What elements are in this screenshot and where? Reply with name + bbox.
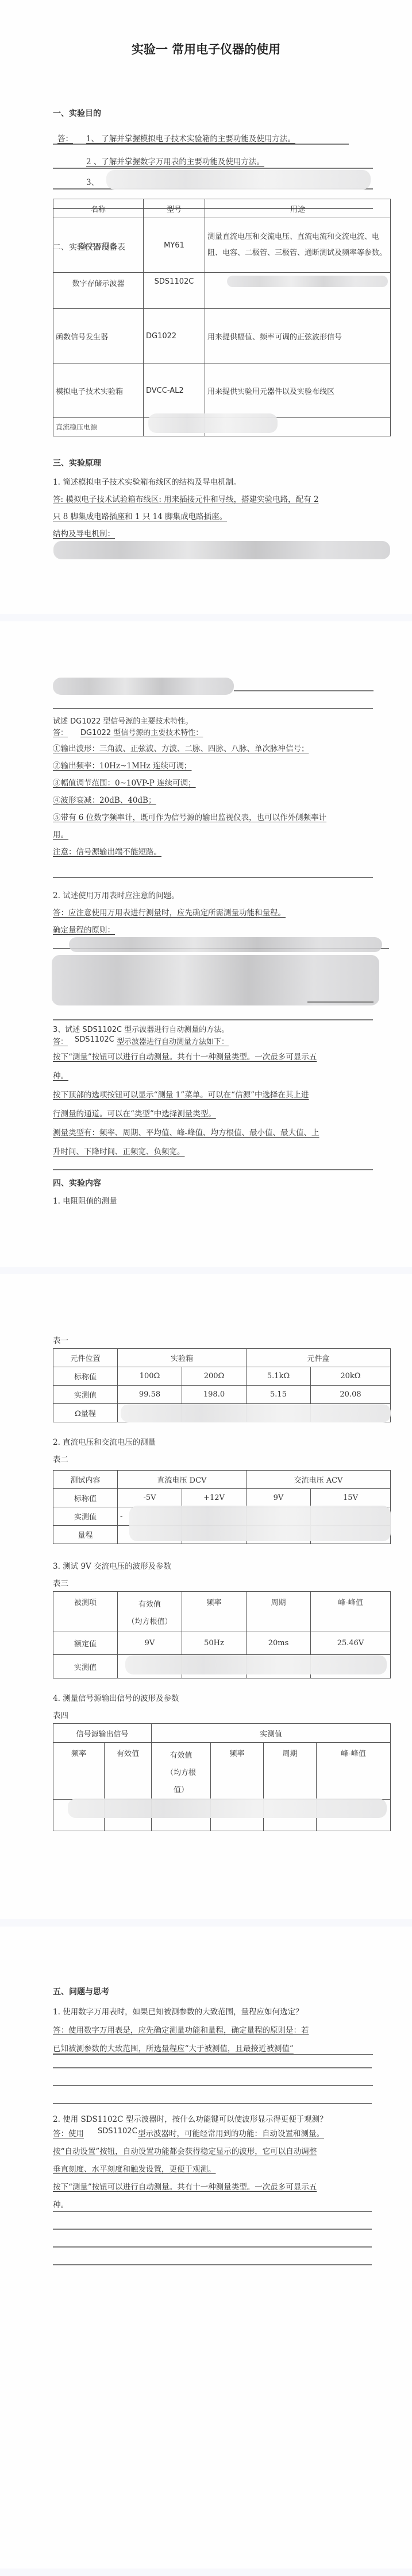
range-principle-label: 确定量程的原则： xyxy=(53,923,115,935)
principle-question-2: 2. 试述使用万用表时应注意的问题。 xyxy=(53,889,179,900)
auto-measure-line-3: 按下顶部的选项按钮可以显示“测量 1”菜单。可以在“信源”中选择在其上进 xyxy=(53,1088,309,1100)
content-sub-1: 1. 电阻阻值的测量 xyxy=(53,1194,117,1206)
redacted-text xyxy=(53,541,390,559)
redacted-text xyxy=(52,955,379,1005)
header: 周期 xyxy=(264,1743,317,1800)
redacted-text xyxy=(129,1506,391,1541)
equipment-table: 名称 型号 用途 数字万用表 MY61 测量直流电压和交流电压、直流电流和交流电… xyxy=(53,199,391,436)
table-row: 标称值 100Ω 200Ω 5.1kΩ 20kΩ xyxy=(53,1367,391,1386)
dg-answer-head: DG1022 型信号源的主要技术特性： xyxy=(80,726,203,737)
cell: 20kΩ xyxy=(311,1367,391,1386)
row-label: 量程 xyxy=(53,1526,118,1544)
row-label: 测试内容 xyxy=(53,1471,118,1489)
question-2-answer-model: SDS1102C xyxy=(98,2127,137,2136)
dg-answer-prefix: 答： xyxy=(53,726,68,737)
cell: 198.0 xyxy=(182,1386,247,1404)
principle-answer-1-line-1: 答: 模拟电子技术试验箱布线区: 用来插接元件和导线，搭建实验电路，配有 2 xyxy=(53,493,319,504)
row-label: 实测值 xyxy=(53,1507,118,1526)
row-label: 实测值 xyxy=(53,1386,118,1404)
purpose-item-1: 1、 了解并掌握模拟电子技术实验箱的主要功能及使用方法。 xyxy=(86,132,295,144)
row-label: 标称值 xyxy=(53,1367,118,1386)
equipment-name: 数字万用表 xyxy=(53,218,144,273)
header: （均方根 xyxy=(154,1765,208,1782)
cell: 20ms xyxy=(247,1631,311,1655)
cell: 100Ω xyxy=(118,1367,182,1386)
row-label: 实测值 xyxy=(53,1655,118,1678)
page-separator xyxy=(0,2569,412,2576)
table-row: 模拟电子技术实验箱 DVCC-AL2 用来提供实验用元器件以及实验布线区 xyxy=(53,363,391,418)
page-separator xyxy=(0,1919,412,1927)
auto-measure-line-1: 按下“测量”按钮可以进行自动测量。共有十一种测量类型。一次最多可显示五 xyxy=(53,1050,317,1062)
equipment-header-name: 名称 xyxy=(53,199,144,218)
question-2-answer-line-2: 按“自动设置”按钮，自动设置功能都会获得稳定显示的波形，它可以自动调整 xyxy=(53,2145,317,2156)
table-row: 额定值 9V 50Hz 20ms 25.46V xyxy=(53,1631,391,1655)
cell: 5.1kΩ xyxy=(247,1367,311,1386)
redacted-text xyxy=(121,1404,391,1422)
question-2-answer-a: 答：使用 xyxy=(53,2127,84,2138)
redacted-text xyxy=(69,937,382,952)
section-heading-content: 四、实验内容 xyxy=(53,1177,101,1189)
purpose-item-3: 3、 xyxy=(86,176,99,187)
group-header: 直流电压 DCV xyxy=(118,1471,247,1489)
auto-measure-line-5: 测量类型有：频率、周期、平均值、峰-峰值、均方根值、最小值、最大值、上 xyxy=(53,1126,319,1138)
redacted-text xyxy=(68,1798,387,1818)
equipment-name: 模拟电子技术实验箱 xyxy=(53,363,144,418)
dg-question: 试述 DG1022 型信号源的主要技术特性。 xyxy=(53,715,192,726)
row-label: 额定值 xyxy=(53,1631,118,1655)
document-title: 实验一 常用电子仪器的使用 xyxy=(0,40,412,57)
cell: 5.15 xyxy=(247,1386,311,1404)
dg-spec-5: ⑤带有 6 位数字频率计，既可作为信号源的输出监视仪表，也可以作外侧频率计 xyxy=(53,811,326,822)
dg-note: 注意：信号源输出端不能短路。 xyxy=(53,845,161,857)
table3-caption: 表三 xyxy=(53,1577,68,1588)
section-heading-questions: 五、问题与思考 xyxy=(53,1986,109,1997)
equipment-model: DVCC-AL2 xyxy=(144,363,205,418)
header: 被测项 xyxy=(53,1592,118,1631)
table-row: 函数信号发生器 DG1022 用来提供幅值、频率可调的正弦波形信号 xyxy=(53,309,391,363)
question-2-answer-line-4: 按下“测量”按钮可以进行自动测量。共有十一种测量类型。一次最多可显示五 xyxy=(53,2180,317,2192)
row-label: 元件位置 xyxy=(53,1349,118,1367)
principle-answer-1-line-3: 结构及导电机制： xyxy=(53,527,115,539)
cell: 15V xyxy=(311,1489,391,1507)
dg-spec-3: ③幅值调节范围：0~10VP-P 连续可调； xyxy=(53,776,196,788)
redacted-text xyxy=(53,678,234,695)
dg-spec-5-cont: 用。 xyxy=(53,828,68,840)
principle-question-3: 3、试述 SDS1102C 型示波器进行自动测量的方法。 xyxy=(53,1023,229,1034)
table-row: 实测值 99.58 198.0 5.15 20.08 xyxy=(53,1386,391,1404)
equipment-model: MY61 xyxy=(144,218,205,273)
cell: +12V xyxy=(182,1489,247,1507)
question-2-answer-b: 型示波器时，可能经常用到的功能：自动设置和测量。 xyxy=(138,2127,324,2138)
redacted-text xyxy=(227,276,388,287)
header: 峰-峰值 xyxy=(317,1743,391,1800)
group-header: 实验箱 xyxy=(118,1349,247,1367)
section-heading-principle: 三、实验原理 xyxy=(53,457,101,469)
equipment-use: 测量直流电压和交流电压、直流电流和交流电流、电阻、电容、二极管、三极管、通断测试… xyxy=(205,218,391,273)
cell: 99.58 xyxy=(118,1386,182,1404)
principle-answer-3-model: SDS1102C xyxy=(75,1035,114,1044)
dg-spec-1: ①输出波形：三角波、正弦波、方波、二脉、四脉、八脉、单次脉冲信号； xyxy=(53,742,309,753)
auto-measure-line-2: 种。 xyxy=(53,1069,68,1081)
header: （均方根值） xyxy=(120,1614,179,1631)
question-2: 2. 使用 SDS1102C 型示波器时，按什么功能键可以使波形显示得更便于观测… xyxy=(53,2113,328,2124)
auto-measure-line-6: 升时间、下降时间、正频宽、负频宽。 xyxy=(53,1145,185,1157)
group-header: 交流电压 ACV xyxy=(247,1471,391,1489)
equipment-header-use: 用途 xyxy=(205,199,391,218)
redacted-text xyxy=(125,1655,387,1674)
equipment-name: 函数信号发生器 xyxy=(53,309,144,363)
cell: 20.08 xyxy=(311,1386,391,1404)
table2-caption: 表二 xyxy=(53,1453,68,1464)
cell: 200Ω xyxy=(182,1367,247,1386)
group-header: 元件盒 xyxy=(247,1349,391,1367)
redacted-text xyxy=(148,413,278,433)
content-sub-4: 4. 测量信号源输出信号的波形及参数 xyxy=(53,1692,179,1703)
header: 有效值 xyxy=(105,1743,152,1800)
equipment-name: 直流稳压电源 xyxy=(53,418,144,436)
group-header: 实测值 xyxy=(152,1724,391,1743)
table-row: 标称值 -5V +12V 9V 15V xyxy=(53,1489,391,1507)
row-label: Ω量程 xyxy=(53,1404,118,1422)
header: 值） xyxy=(154,1782,208,1799)
dg-spec-2: ②输出频率：10Hz~1MHz 连续可调； xyxy=(53,759,191,771)
principle-question-1: 1. 简述模拟电子技术实验箱布线区的结构及导电机制。 xyxy=(53,475,241,487)
header: 周期 xyxy=(247,1592,311,1631)
cell: -5V xyxy=(118,1489,182,1507)
table-row: 数字万用表 MY61 测量直流电压和交流电压、直流电流和交流电流、电阻、电容、二… xyxy=(53,218,391,273)
question-1-answer-line-2: 已知被测参数的大致范围，所选量程应“大于被测值，且最接近被测值” xyxy=(53,2042,294,2053)
equipment-model: SDS1102C xyxy=(144,273,205,309)
question-1-answer-line-1: 答：使用数字万用表是，应先确定测量功能和量程，确定量程的原则是：若 xyxy=(53,2024,309,2035)
principle-answer-3-prefix: 答： xyxy=(53,1035,68,1046)
group-header: 信号源输出信号 xyxy=(53,1724,152,1743)
dg-spec-4: ④波形衰减：20dB、40dB； xyxy=(53,794,156,805)
content-sub-3: 3. 测试 9V 交流电压的波形及参数 xyxy=(53,1560,171,1571)
equipment-name: 数字存储示波器 xyxy=(53,273,144,309)
content-sub-2: 2. 直流电压和交流电压的测量 xyxy=(53,1436,156,1447)
cell: 9V xyxy=(247,1489,311,1507)
header: 频率 xyxy=(182,1592,247,1631)
header: 有效值 xyxy=(120,1596,179,1614)
page-separator xyxy=(0,614,412,621)
row-label: 标称值 xyxy=(53,1489,118,1507)
question-1: 1. 使用数字万用表时，如果已知被测参数的大致范围，量程应如何选定？ xyxy=(53,2005,303,2017)
cell: 50Hz xyxy=(182,1631,247,1655)
question-2-answer-line-3: 垂直刻度、水平刻度和触发设置，更便于观测。 xyxy=(53,2163,216,2174)
header: 频率 xyxy=(211,1743,264,1800)
cell: 9V xyxy=(118,1631,182,1655)
table1-caption: 表一 xyxy=(53,1334,68,1345)
auto-measure-line-4: 行测量的通道。可以在“类型”中选择测量类型。 xyxy=(53,1107,216,1119)
principle-answer-2: 答：应注意使用万用表进行测量时，应先确定所需测量功能和量程。 xyxy=(53,906,286,918)
equipment-header-model: 型号 xyxy=(144,199,205,218)
equipment-use: 用来提供幅值、频率可调的正弦波形信号 xyxy=(205,309,391,363)
purpose-answer-prefix: 答： xyxy=(57,132,73,144)
header: 峰-峰值 xyxy=(311,1592,391,1631)
purpose-item-2: 2 、了解并掌握数字万用表的主要功能及使用方法。 xyxy=(86,155,264,167)
redacted-text xyxy=(106,170,371,189)
question-2-answer-line-5: 种。 xyxy=(53,2198,68,2210)
principle-answer-3-head: 型示波器进行自动测量方法如下： xyxy=(117,1035,229,1046)
equipment-model: DG1022 xyxy=(144,309,205,363)
header: 有效值 xyxy=(154,1747,208,1765)
section-heading-purpose: 一、实验目的 xyxy=(53,107,101,119)
principle-answer-1-line-2: 只 8 脚集成电路插座和 1 只 14 脚集成电路插座。 xyxy=(53,510,227,521)
table4-caption: 表四 xyxy=(53,1709,68,1720)
page-separator xyxy=(0,1267,412,1274)
equipment-use: 用来提供实验用元器件以及实验布线区 xyxy=(205,363,391,418)
header: 频率 xyxy=(53,1743,105,1800)
cell: 25.46V xyxy=(311,1631,391,1655)
